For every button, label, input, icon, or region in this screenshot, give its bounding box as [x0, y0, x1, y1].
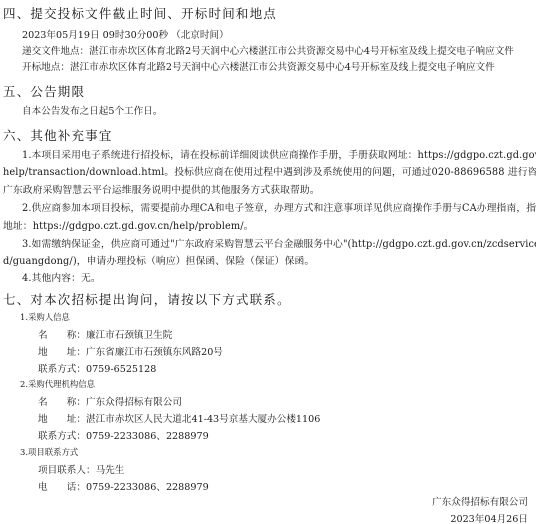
project-person-label: 项目联系人： — [38, 465, 96, 476]
purchaser-contact-row: 联系方式：0759-6525128 — [38, 361, 156, 375]
agency-contact: 0759-2233086、2288979 — [86, 431, 209, 442]
agency-title: 2.采购代理机构信息 — [20, 378, 95, 390]
section-5-heading: 五、公告期限 — [3, 82, 85, 100]
footer-company: 广东众得招标有限公司 — [432, 494, 528, 508]
agency-contact-label: 联系方式： — [38, 431, 86, 442]
agency-name-row: 名 称：广东众得招标有限公司 — [38, 394, 182, 408]
agency-address: 湛江市赤坎区人民大道北41-43号京基大厦办公楼1106 — [86, 414, 320, 425]
project-phone-label: 电 话： — [38, 482, 86, 493]
notice-period-text: 自本公告发布之日起5个工作日。 — [22, 103, 162, 117]
item1-line2: help/transaction/download.html。投标供应商在使用过… — [3, 164, 536, 178]
section-4-heading: 四、提交投标文件截止时间、开标时间和地点 — [3, 4, 277, 22]
purchaser-contact-label: 联系方式： — [38, 364, 86, 375]
purchaser-address: 广东省廉江市石颈镇东风路20号 — [86, 347, 223, 358]
project-person: 马先生 — [96, 465, 125, 476]
item2-line1: 2.供应商参加本项目投标，需要提前办理CA和电子签章，办理方式和注意事项详见供应… — [22, 200, 536, 214]
purchaser-address-label: 地 址： — [38, 347, 86, 358]
agency-name-label: 名 称： — [38, 397, 86, 408]
purchaser-address-row: 地 址：广东省廉江市石颈镇东风路20号 — [38, 344, 223, 358]
section-7-heading: 七、对本次招标提出询问，请按以下方式联系。 — [3, 290, 291, 308]
open-location: 开标地点：湛江市赤坎区体育北路2号天润中心六楼湛江市公共资源交易中心4号开标室及… — [22, 59, 495, 73]
agency-address-label: 地 址： — [38, 414, 86, 425]
agency-address-row: 地 址：湛江市赤坎区人民大道北41-43号京基大厦办公楼1106 — [38, 411, 320, 425]
project-contact-title: 3.项目联系方式 — [20, 446, 78, 458]
project-phone: 0759-2233086、2288979 — [86, 482, 209, 493]
item1-line1: 1.本项目采用电子系统进行招投标，请在投标前详细阅读供应商操作手册，手册获取网址… — [22, 147, 536, 161]
footer-date: 2023年04月26日 — [450, 511, 528, 524]
purchaser-title: 1.采购人信息 — [20, 311, 70, 323]
purchaser-name-label: 名 称： — [38, 330, 86, 341]
item4: 4.其他内容：无。 — [22, 270, 101, 284]
project-person-row: 项目联系人：马先生 — [38, 462, 124, 476]
section-6-heading: 六、其他补充事宜 — [3, 126, 113, 144]
item2-line2: 地址：https://gdgpo.czt.gd.gov.cn/help/prob… — [3, 218, 254, 232]
agency-name: 广东众得招标有限公司 — [86, 397, 182, 408]
item3-line1: 3.如需缴纳保证金，供应商可通过"广东政府采购智慧云平台金融服务中心"(http… — [22, 236, 536, 250]
item1-line3: 广东政府采购智慧云平台运维服务说明中提供的其他服务方式获取帮助。 — [3, 182, 320, 196]
item3-line2: d/guangdong/)，申请办理投标（响应）担保函、保险（保证）保函。 — [3, 253, 314, 267]
project-phone-row: 电 话：0759-2233086、2288979 — [38, 479, 209, 493]
deadline-datetime: 2023年05月19日 09时30分00秒 （北京时间） — [22, 27, 229, 41]
purchaser-name-row: 名 称：廉江市石颈镇卫生院 — [38, 327, 172, 341]
agency-contact-row: 联系方式：0759-2233086、2288979 — [38, 428, 209, 442]
submit-location: 递交文件地点：湛江市赤坎区体育北路2号天润中心六楼湛江市公共资源交易中心4号开标… — [22, 43, 514, 57]
purchaser-contact: 0759-6525128 — [86, 364, 156, 375]
purchaser-name: 廉江市石颈镇卫生院 — [86, 330, 172, 341]
